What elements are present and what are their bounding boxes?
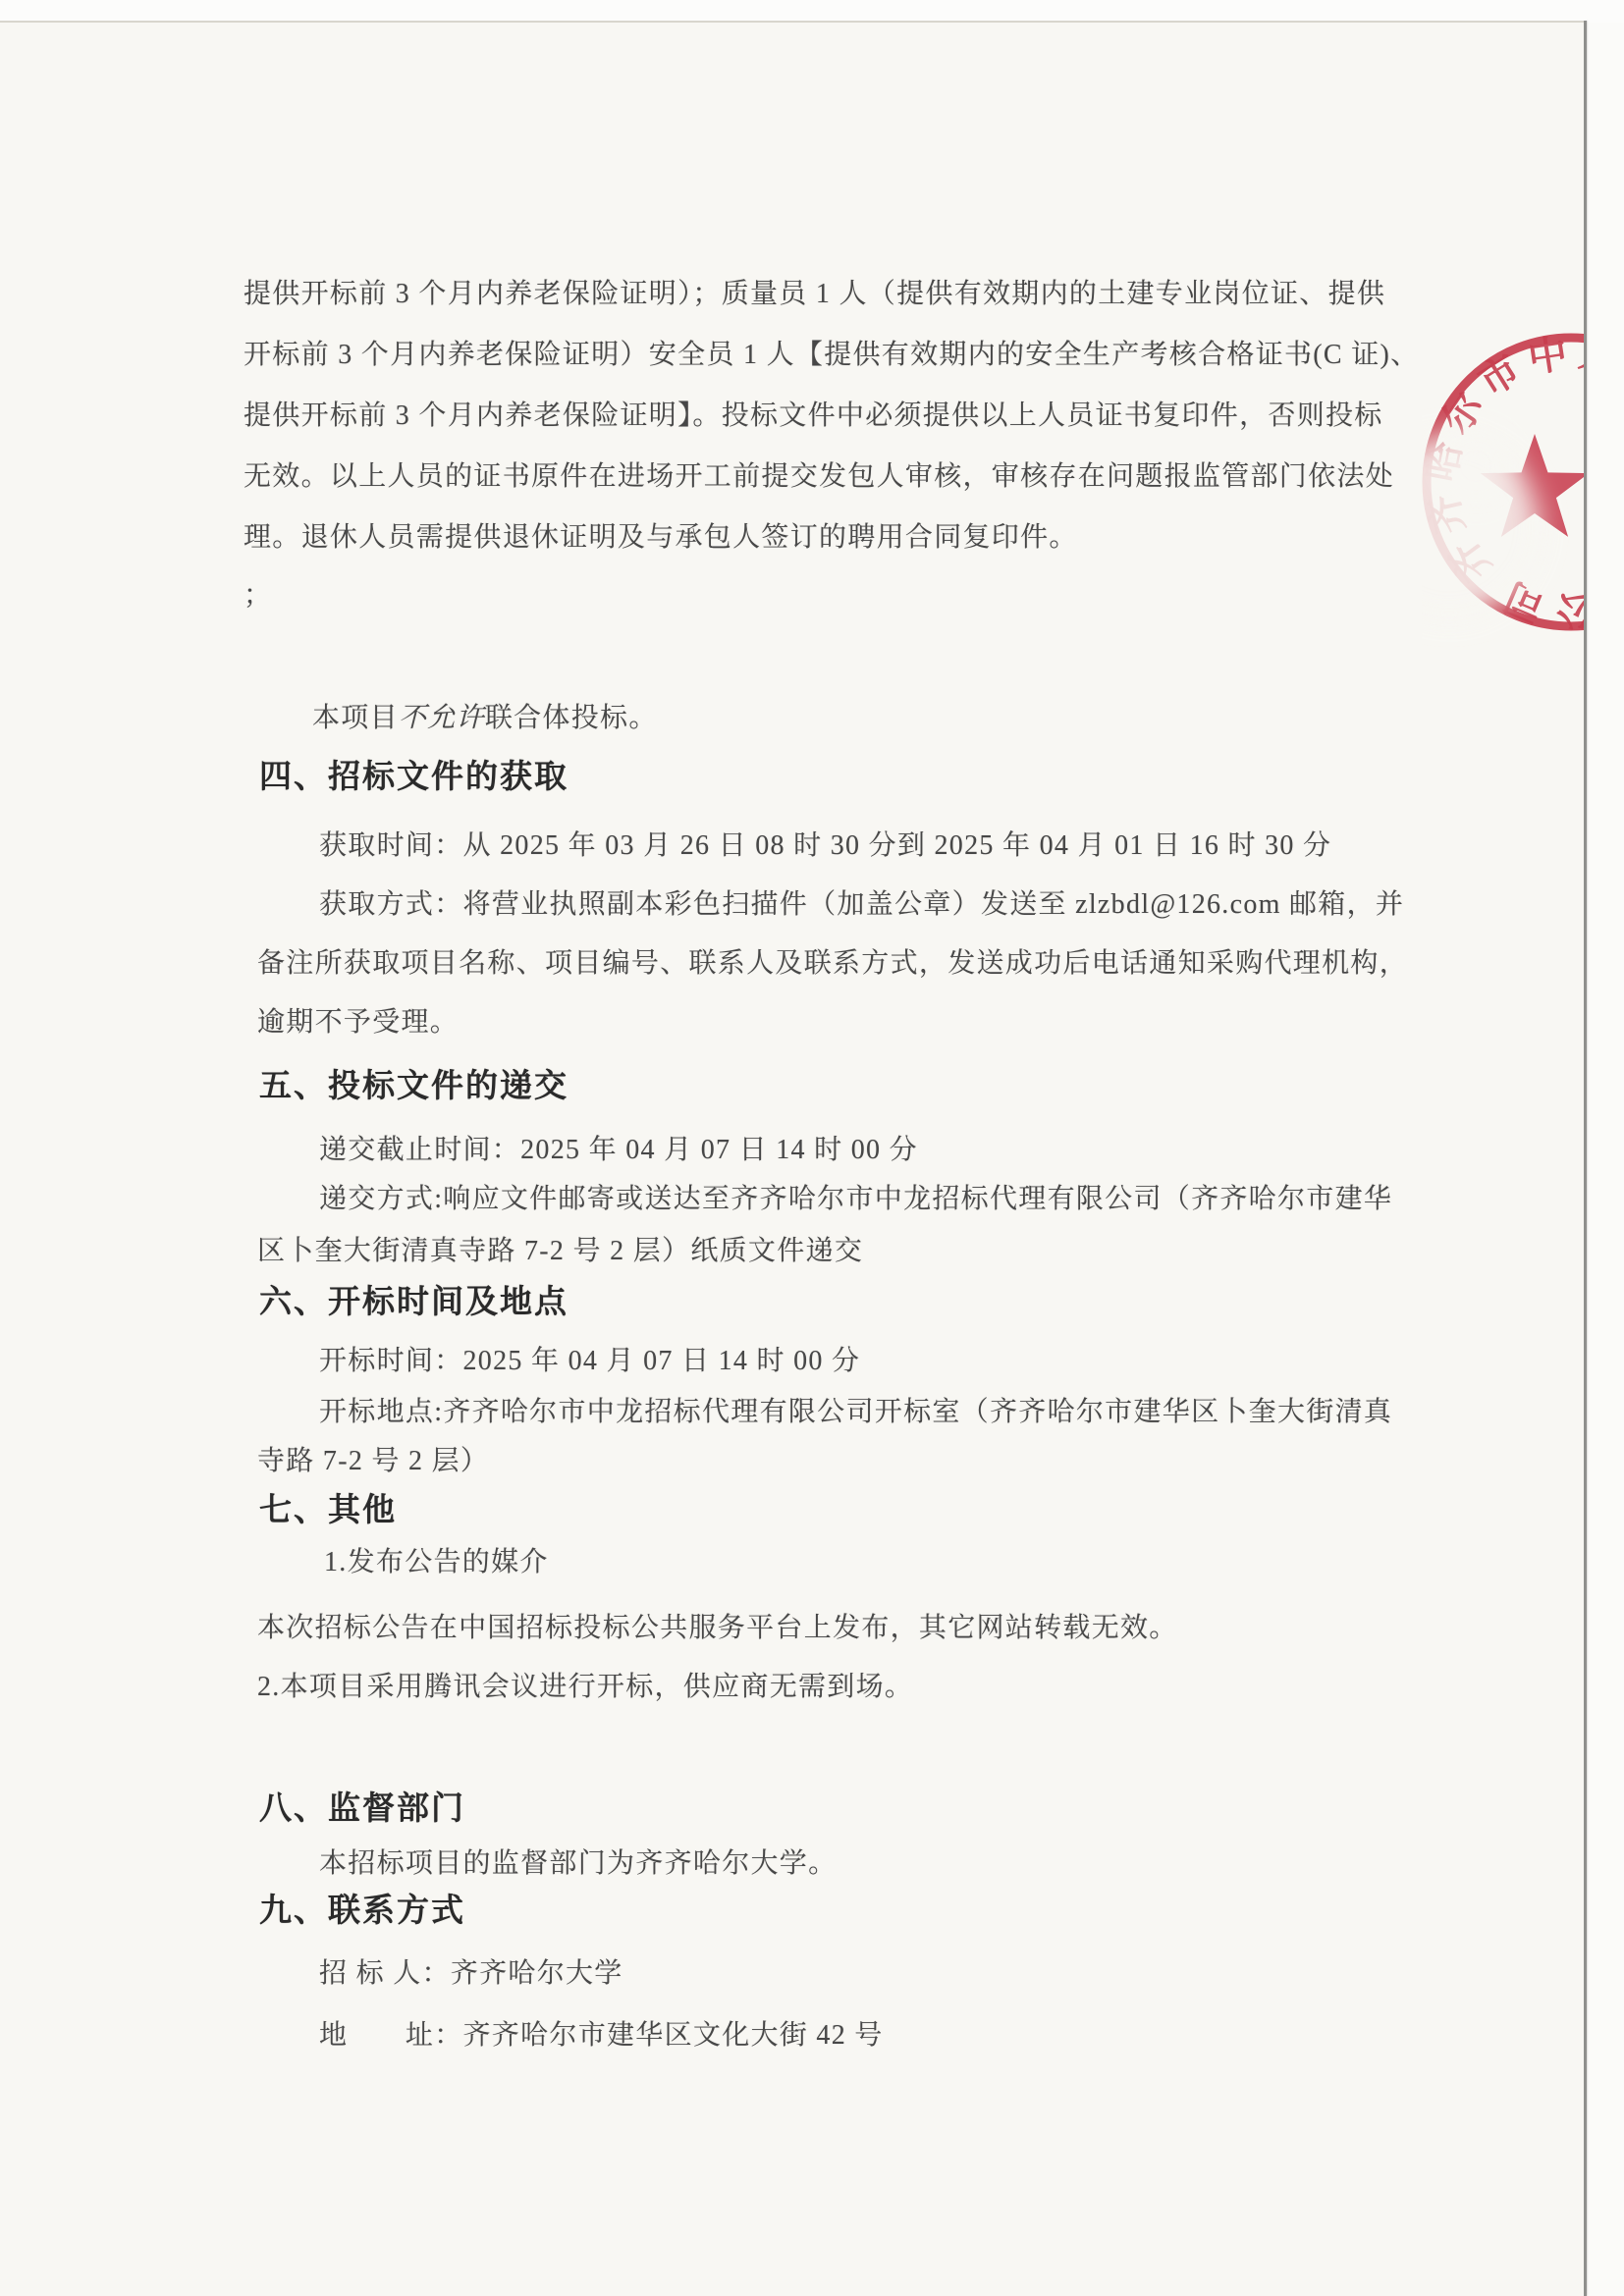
section-heading: 九、联系方式 — [259, 1895, 465, 1928]
paragraph-line: 地 址：齐齐哈尔市建华区文化大街 42 号 — [319, 2019, 884, 2053]
joint-bid-prefix: 本项目 — [312, 703, 399, 733]
paragraph-line: 寺路 7-2 号 2 层） — [257, 1445, 489, 1478]
paper-top-edge — [0, 21, 1587, 23]
paragraph-line: 递交截止时间：2025 年 04 月 07 日 14 时 00 分 — [319, 1134, 918, 1167]
paragraph-line: 区卜奎大街清真寺路 7-2 号 2 层）纸质文件递交 — [257, 1235, 863, 1268]
joint-bid-emphasis: 不允许 — [399, 703, 485, 733]
section-heading: 六、开标时间及地点 — [259, 1286, 568, 1319]
paragraph-line: 提供开标前 3 个月内养老保险证明】。投标文件中必须提供以上人员证书复印件，否则… — [244, 400, 1383, 433]
paragraph-line: 获取时间：从 2025 年 03 月 26 日 08 时 30 分到 2025 … — [319, 829, 1331, 863]
section-heading: 五、投标文件的递交 — [259, 1070, 568, 1103]
joint-bid-statement: 本项目不允许联合体投标。 — [312, 702, 658, 735]
paragraph-line: 备注所获取项目名称、项目编号、联系人及联系方式，发送成功后电话通知采购代理机构， — [257, 947, 1408, 981]
paragraph-line: 无效。以上人员的证书原件在进场开工前提交发包人审核，审核存在问题报监管部门依法处 — [244, 460, 1394, 494]
paragraph-line: 开标时间：2025 年 04 月 07 日 14 时 00 分 — [319, 1345, 860, 1378]
section-heading: 四、招标文件的获取 — [259, 761, 568, 794]
joint-bid-suffix: 联合体投标。 — [485, 703, 658, 733]
paragraph-line: 本次招标公告在中国招标投标公共服务平台上发布，其它网站转载无效。 — [257, 1612, 1178, 1645]
paragraph-line: 2.本项目采用腾讯会议进行开标，供应商无需到场。 — [257, 1671, 913, 1704]
paragraph-line: 开标地点:齐齐哈尔市中龙招标代理有限公司开标室（齐齐哈尔市建华区卜奎大街清真 — [319, 1396, 1392, 1429]
stray-semicolon: ； — [244, 579, 272, 613]
paragraph-line: 本招标项目的监督部门为齐齐哈尔大学。 — [319, 1847, 837, 1881]
paragraph-line: 提供开标前 3 个月内养老保险证明）；质量员 1 人（提供有效期内的土建专业岗位… — [244, 278, 1385, 311]
paragraph-line: 递交方式:响应文件邮寄或送达至齐齐哈尔市中龙招标代理有限公司（齐齐哈尔市建华 — [319, 1183, 1392, 1216]
section-heading: 七、其他 — [259, 1494, 397, 1527]
paragraph-line: 理。退休人员需提供退休证明及与承包人签订的聘用合同复印件。 — [244, 521, 1078, 555]
paragraph-line: 1.发布公告的媒介 — [324, 1546, 549, 1579]
paper-right-edge — [1584, 21, 1587, 2296]
paragraph-line: 开标前 3 个月内养老保险证明）安全员 1 人【提供有效期内的安全生产考核合格证… — [244, 339, 1419, 372]
section-heading: 八、监督部门 — [259, 1792, 465, 1826]
paragraph-line: 获取方式：将营业执照副本彩色扫描件（加盖公章）发送至 zlzbdl@126.co… — [319, 888, 1404, 922]
scanned-document-page: 齐齐哈尔市中龙招标代理有限公司 提供开标前 3 个月内养老保险证明）；质量员 1… — [0, 0, 1624, 2296]
scanner-background — [1587, 23, 1624, 2296]
paragraph-line: 招 标 人：齐齐哈尔大学 — [319, 1957, 623, 1991]
paragraph-line: 逾期不予受理。 — [257, 1006, 459, 1040]
